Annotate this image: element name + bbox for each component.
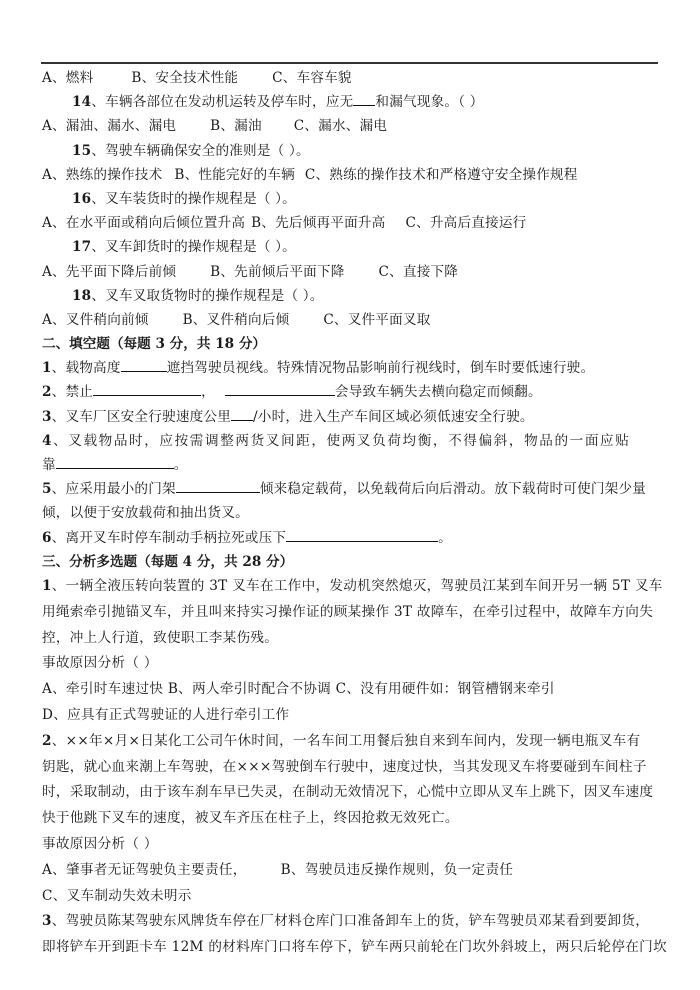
case-text-line: 用绳索牵引抛锚叉车，并且叫来持实习操作证的顾某操作 3T 故障车，在牵引过程中，…: [42, 600, 662, 626]
item-number: 4: [42, 433, 53, 449]
option-a: A、先平面下降后前倾: [42, 264, 176, 280]
section-2-title: 二、填空题（每题 3 分，共 18 分）: [42, 332, 662, 356]
fill-item-2: 2、禁止，会导致车辆失去横向稳定而倾翻。: [42, 380, 662, 404]
option-c: C、熟练的操作技术和严格遵守安全操作规程: [305, 167, 578, 183]
analysis-prompt: 事故原因分析（ ）: [42, 832, 662, 858]
option-a: A、肇事者无证驾驶负主要责任，: [42, 862, 247, 878]
case-text-line: 即将铲车开到距卡车 12M 的材料库门口将车停下，铲车两只前轮在门坎外斜坡上，两…: [42, 935, 662, 961]
answer-blank[interactable]: [176, 478, 260, 493]
item-text: 、禁止: [52, 384, 93, 400]
separator: ，: [201, 384, 215, 400]
case-text: 、驾驶员陈某驾驶东风牌货车停在厂材料仓库门口准备卸车上的货，铲车驾驶员邓某看到要…: [52, 913, 649, 929]
question-text: 、车辆各部位在发动机运转及停车时，应无: [91, 94, 353, 110]
item-text-end: 遮挡驾驶员视线。特殊情况物品影响前行视线时，倒车时要低速行驶。: [167, 360, 595, 376]
item-text-end: 倾来稳定载荷，以免载荷后向后滑动。放下载荷时可使门架少量: [260, 481, 646, 497]
item-text: 、应采用最小的门架: [52, 481, 176, 497]
question-text-end: 和漏气现象。（ ）: [375, 94, 483, 110]
case-number: 3: [42, 913, 52, 929]
item-number: 1: [42, 360, 52, 376]
answer-blank[interactable]: [56, 454, 174, 469]
item-number: 5: [42, 481, 52, 497]
question-text: 、叉车卸货时的操作规程是（ ）。: [91, 239, 296, 255]
item-text-end: 会导致车辆失去横向稳定而倾翻。: [335, 384, 542, 400]
case-1: 1、一辆全液压转向装置的 3T 叉车在工作中，发动机突然熄灭，驾驶员江某到车间开…: [42, 574, 662, 729]
case-2: 2、××年×月×日某化工公司午休时间，一名车间工用餐后独自来到车间内，发现一辆电…: [42, 729, 662, 910]
option-a: A、在水平面或稍向后倾位置升高: [42, 215, 245, 231]
question-number: 15: [72, 143, 91, 159]
option-b: B、先前倾后平面下降: [210, 264, 344, 280]
option-c: C、升高后直接运行: [405, 215, 526, 231]
option-a: A、漏油、漏水、漏电: [42, 118, 176, 134]
item-text: 、载物高度: [52, 360, 121, 376]
fill-item-5-cont: 倾，以便于安放载荷和抽出货叉。: [42, 501, 662, 525]
item-text: 倾，以便于安放载荷和抽出货叉。: [42, 505, 249, 521]
case-options-2: D、应具有正式驾驶证的人进行牵引工作: [42, 703, 662, 729]
answer-blank[interactable]: [286, 527, 438, 542]
question-18: 18、叉车叉取货物时的操作规程是（ ）。: [42, 284, 662, 308]
q14-options: A、漏油、漏水、漏电B、漏油C、漏水、漏电: [42, 114, 662, 138]
case-number: 2: [42, 733, 52, 749]
option-c: C、叉件平面叉取: [323, 312, 430, 328]
case-text: 、××年×月×日某化工公司午休时间，一名车间工用餐后独自来到车间内，发现一辆电瓶…: [52, 733, 641, 749]
case-3: 3、驾驶员陈某驾驶东风牌货车停在厂材料仓库门口准备卸车上的货，铲车驾驶员邓某看到…: [42, 909, 662, 961]
answer-blank-2[interactable]: [225, 381, 335, 396]
header-rule: [41, 62, 658, 64]
exam-page: A、燃料B、安全技术性能C、车容车貌 14、车辆各部位在发动机运转及停车时，应无…: [42, 66, 662, 961]
question-text: 、驾驶车辆确保安全的准则是（ ）。: [91, 143, 309, 159]
analysis-prompt: 事故原因分析（ ）: [42, 651, 662, 677]
case-options-ab: A、肇事者无证驾驶负主要责任，B、驾驶员违反操作规则，负一定责任: [42, 858, 662, 884]
item-number: 6: [42, 530, 52, 546]
option-b: B、漏油: [210, 118, 262, 134]
case-text-line: 时，采取制动，由于该车刹车早已失灵，在制动无效情况下，心慌中立即从叉车上跳下，因…: [42, 780, 662, 806]
fill-item-3: 3、叉车厂区安全行驶速度公里/小时，进入生产车间区域必须低速安全行驶。: [42, 405, 662, 429]
item-number: 3: [42, 409, 52, 425]
case-text-line: 2、××年×月×日某化工公司午休时间，一名车间工用餐后独自来到车间内，发现一辆电…: [42, 729, 662, 755]
item-number: 2: [42, 384, 52, 400]
question-14: 14、车辆各部位在发动机运转及停车时，应无和漏气现象。（ ）: [42, 90, 662, 114]
fill-item-4: 4、叉载物品时，应按需调整两货叉间距，使两叉负荷均衡，不得偏斜，物品的一面应贴: [42, 429, 662, 453]
question-16: 16、叉车装货时的操作规程是（ ）。: [42, 187, 662, 211]
fill-item-6: 6、离开叉车时停车制动手柄拉死或压下。: [42, 526, 662, 550]
q17-options: A、先平面下降后前倾B、先前倾后平面下降C、直接下降: [42, 260, 662, 284]
option-b: B、安全技术性能: [131, 70, 238, 86]
question-text: 、叉车叉取货物时的操作规程是（ ）。: [91, 288, 323, 304]
q13-options: A、燃料B、安全技术性能C、车容车貌: [42, 66, 662, 90]
item-text: 、叉车厂区安全行驶速度公里: [52, 409, 231, 425]
question-number: 14: [72, 94, 91, 110]
case-text-line: 快于他跳下叉车的速度，被叉车齐压在柱子上，终因抢救无效死亡。: [42, 806, 662, 832]
item-text-end: 。: [174, 457, 188, 473]
q18-options: A、叉件稍向前倾B、叉件稍向后倾C、叉件平面叉取: [42, 308, 662, 332]
option-b: B、驾驶员违反操作规则，负一定责任: [281, 862, 514, 878]
option-b: B、性能完好的车辆: [174, 167, 295, 183]
answer-blank[interactable]: [231, 406, 253, 421]
fill-item-4-cont: 靠。: [42, 453, 662, 477]
option-c: C、漏水、漏电: [294, 118, 387, 134]
case-options-c: C、叉车制动失效未明示: [42, 884, 662, 910]
fill-item-1: 1、载物高度遮挡驾驶员视线。特殊情况物品影响前行视线时，倒车时要低速行驶。: [42, 356, 662, 380]
option-b: B、先后倾再平面升高: [251, 215, 385, 231]
case-text: 、一辆全液压转向装置的 3T 叉车在工作中，发动机突然熄灭，驾驶员江某到车间开另…: [52, 578, 663, 594]
case-text-line: 3、驾驶员陈某驾驶东风牌货车停在厂材料仓库门口准备卸车上的货，铲车驾驶员邓某看到…: [42, 909, 662, 935]
case-number: 1: [42, 578, 52, 594]
answer-blank-1[interactable]: [93, 381, 201, 396]
question-17: 17、叉车卸货时的操作规程是（ ）。: [42, 235, 662, 259]
answer-blank[interactable]: [121, 357, 167, 372]
case-text-line: 控，冲上人行道，致使职工李某伤残。: [42, 626, 662, 652]
case-text-line: 1、一辆全液压转向装置的 3T 叉车在工作中，发动机突然熄灭，驾驶员江某到车间开…: [42, 574, 662, 600]
item-text: 靠: [42, 457, 56, 473]
question-15: 15、驾驶车辆确保安全的准则是（ ）。: [42, 139, 662, 163]
option-a: A、叉件稍向前倾: [42, 312, 149, 328]
q15-options: A、熟练的操作技术B、性能完好的车辆C、熟练的操作技术和严格遵守安全操作规程: [42, 163, 662, 187]
fill-item-5: 5、应采用最小的门架倾来稳定载荷，以免载荷后向后滑动。放下载荷时可使门架少量: [42, 477, 662, 501]
case-text-line: 钥匙，就心血来潮上车驾驶，在×××驾驶倒车行驶中，速度过快，当其发现叉车将要碰到…: [42, 755, 662, 781]
item-text: 、离开叉车时停车制动手柄拉死或压下: [52, 530, 287, 546]
section-3-title: 三、分析多选题（每题 4 分，共 28 分）: [42, 550, 662, 574]
question-number: 16: [72, 191, 91, 207]
option-c: C、车容车貌: [272, 70, 352, 86]
option-b: B、叉件稍向后倾: [183, 312, 290, 328]
option-a: A、燃料: [42, 70, 93, 86]
case-options-1: A、牵引时车速过快 B、两人牵引时配合不协调 C、没有用硬件如：钢管槽钢来牵引: [42, 677, 662, 703]
option-a: A、熟练的操作技术: [42, 167, 162, 183]
option-c: C、直接下降: [379, 264, 459, 280]
item-text: 、叉载物品时，应按需调整两货叉间距，使两叉负荷均衡，不得偏斜，物品的一面应贴: [53, 433, 630, 449]
question-text: 、叉车装货时的操作规程是（ ）。: [91, 191, 296, 207]
question-number: 18: [72, 288, 91, 304]
q16-options: A、在水平面或稍向后倾位置升高B、先后倾再平面升高C、升高后直接运行: [42, 211, 662, 235]
item-text-end: 。: [438, 530, 452, 546]
question-number: 17: [72, 239, 91, 255]
answer-blank[interactable]: [353, 91, 375, 106]
item-text-end: /小时，进入生产车间区域必须低速安全行驶。: [253, 409, 534, 425]
